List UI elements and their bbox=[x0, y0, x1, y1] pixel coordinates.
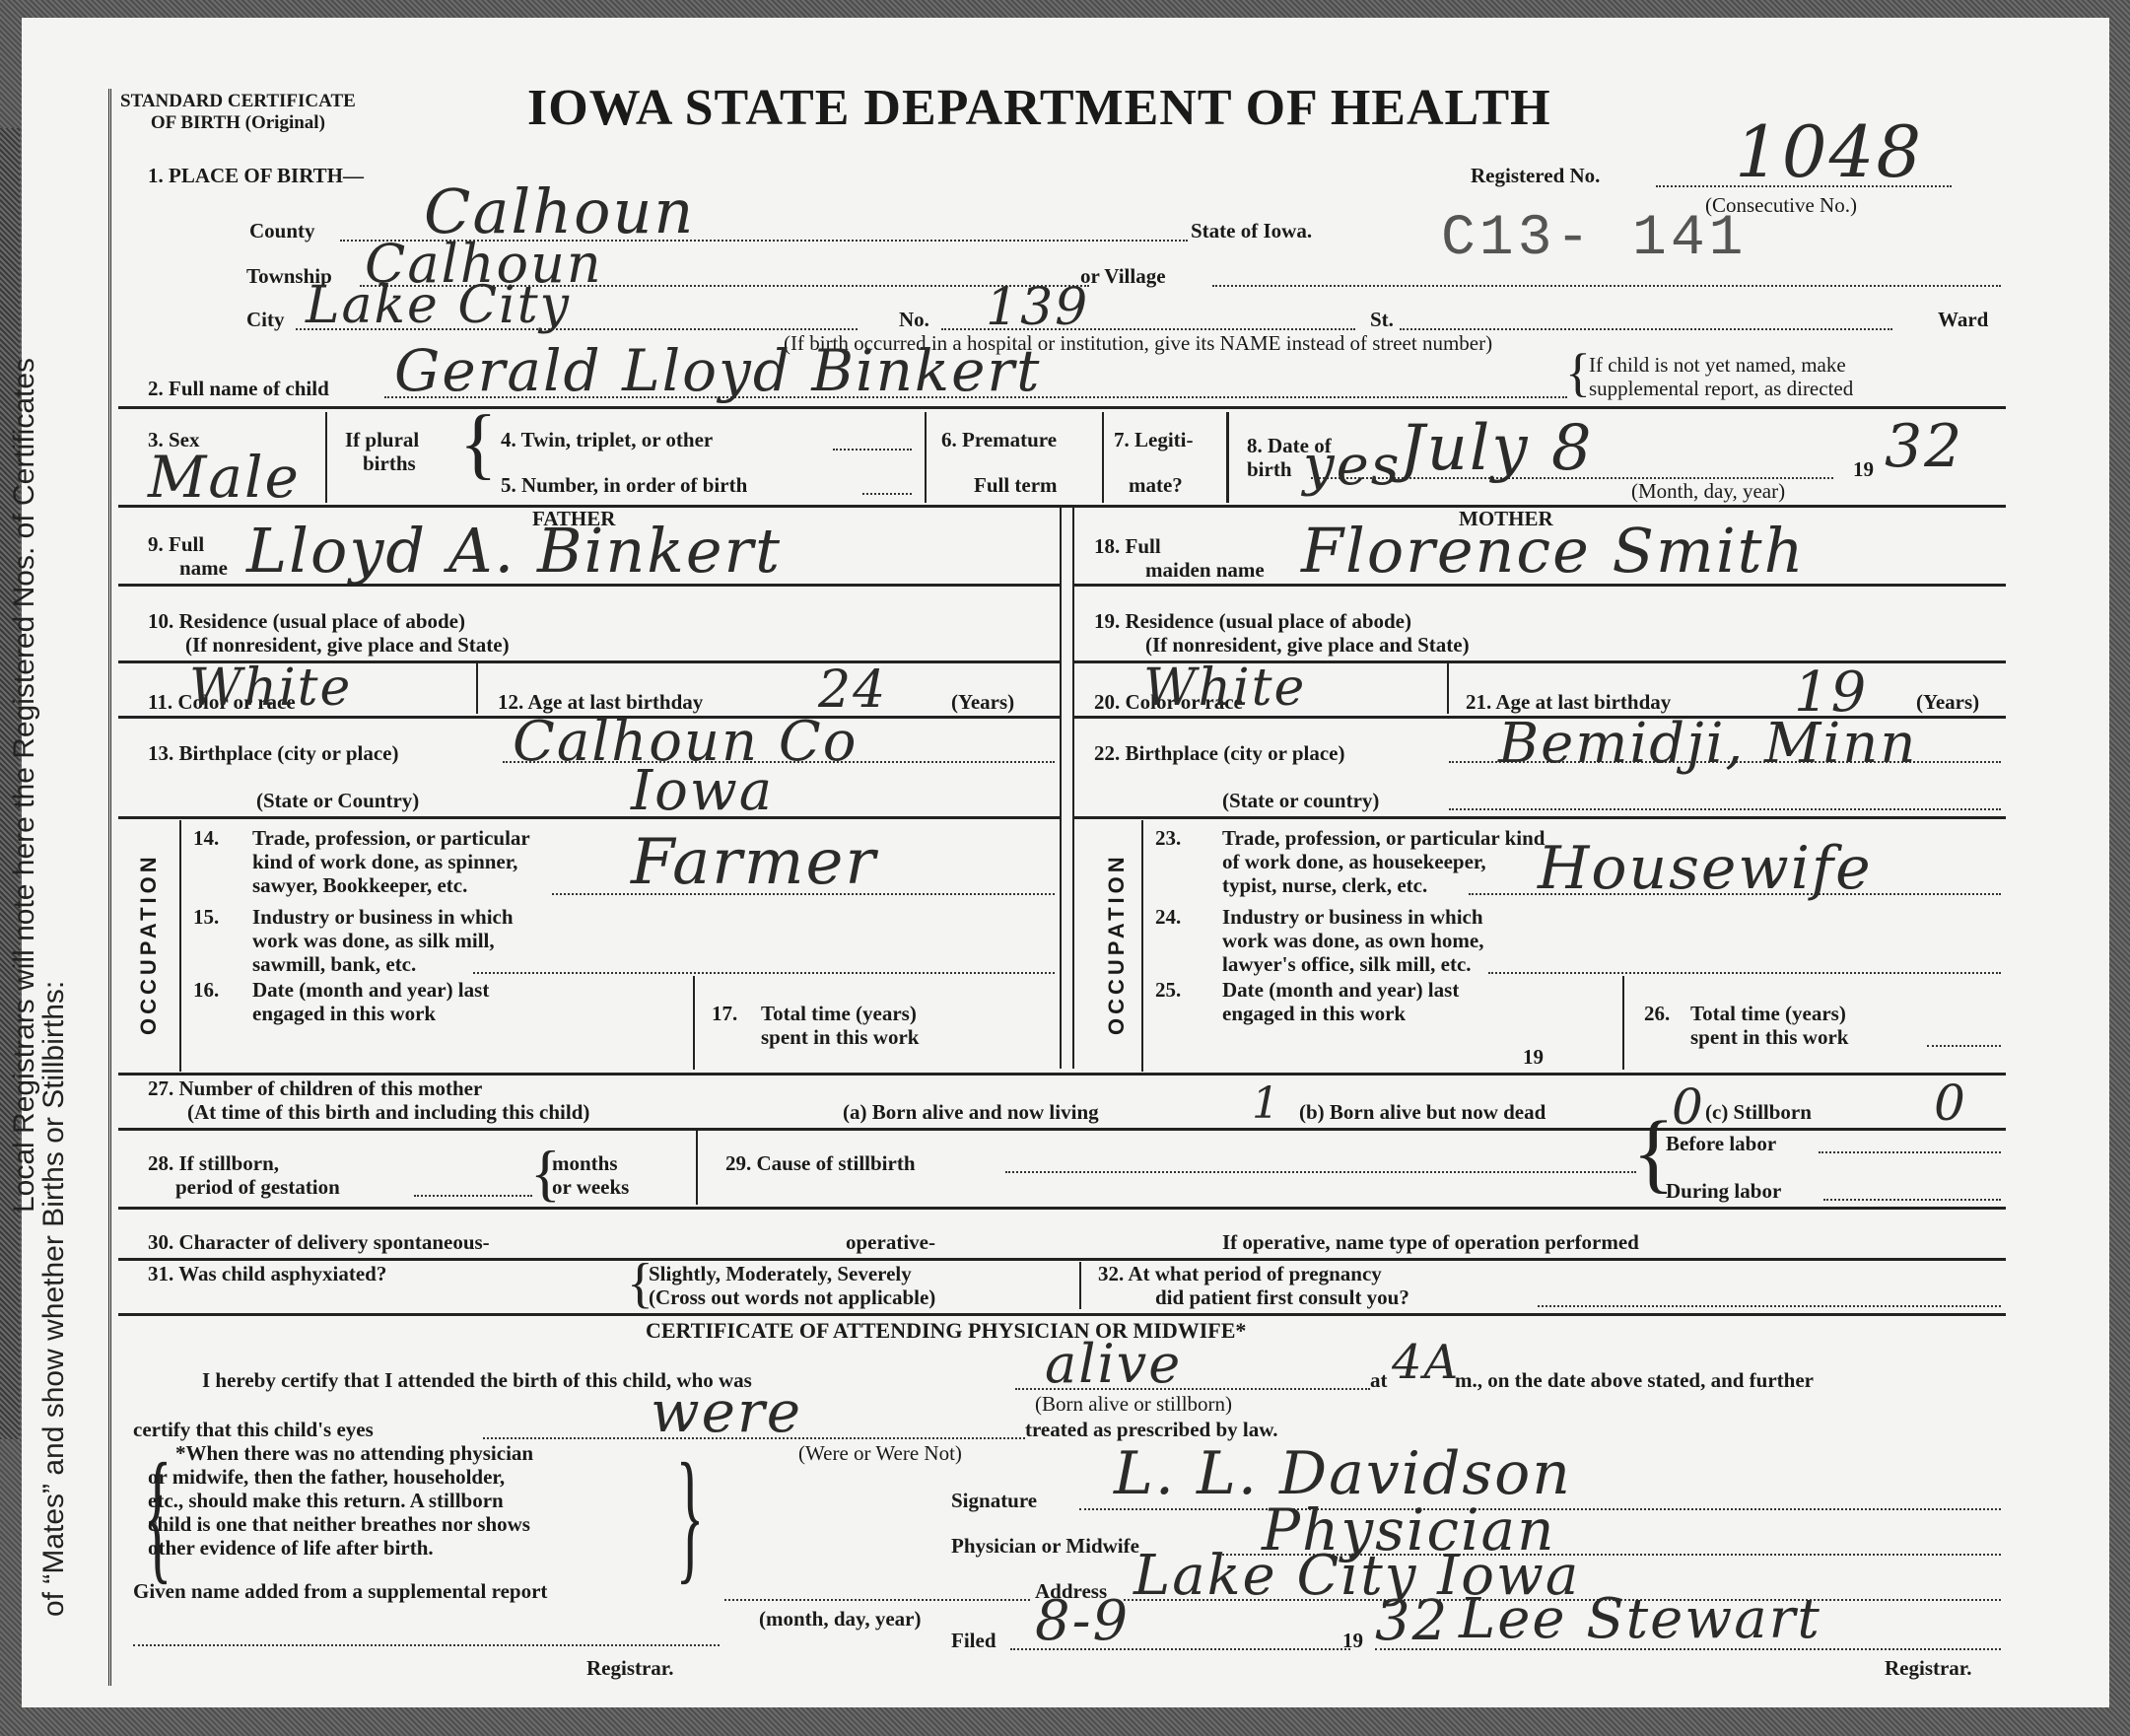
registrar-label-right: Registrar. bbox=[1885, 1656, 1971, 1680]
during-labor-line bbox=[1823, 1199, 2001, 1201]
filed-year-prefix: 19 bbox=[1342, 1629, 1363, 1652]
divider bbox=[696, 1130, 698, 1205]
mother-color-value: White bbox=[1143, 659, 1306, 718]
mother-birthplace-value: Bemidji, Minn bbox=[1498, 712, 1917, 776]
legitimate-label-1: 7. Legiti- bbox=[1114, 428, 1193, 451]
father-trade-label-2: kind of work done, as spinner, bbox=[252, 850, 517, 873]
mother-residence-label: 19. Residence (usual place of abode) bbox=[1094, 609, 1411, 633]
dob-label-1: 8. Date of bbox=[1247, 434, 1332, 457]
asphyxiated-label: 31. Was child asphyxiated? bbox=[148, 1262, 386, 1285]
filed-label: Filed bbox=[951, 1629, 996, 1652]
divider bbox=[693, 976, 695, 1070]
registered-no-label: Registered No. bbox=[1471, 164, 1600, 187]
gestation-line bbox=[414, 1195, 532, 1197]
born-status-hint: (Born alive or stillborn) bbox=[1035, 1392, 1232, 1416]
mother-total-line bbox=[1927, 1045, 2001, 1047]
margin-note: Local Registrars will note here the Regi… bbox=[10, 59, 69, 1676]
form-type: STANDARD CERTIFICATE OF BIRTH (Original) bbox=[120, 91, 356, 134]
born-alive-dead-label: (b) Born alive but now dead bbox=[1299, 1100, 1546, 1124]
margin-note-line-2: of “Mates” and show whether Births or St… bbox=[39, 59, 69, 1676]
mother-total-label-1: Total time (years) bbox=[1690, 1002, 1846, 1025]
father-total-num: 17. bbox=[712, 1002, 737, 1025]
twin-label: 4. Twin, triplet, or other bbox=[501, 428, 713, 451]
divider bbox=[118, 584, 1060, 587]
mother-industry-line bbox=[1488, 972, 2001, 974]
birth-order-label: 5. Number, in order of birth bbox=[501, 473, 747, 497]
pregnancy-period-line bbox=[1538, 1305, 2001, 1307]
registrar-left-line bbox=[133, 1644, 720, 1646]
cause-stillbirth-line bbox=[1005, 1171, 1636, 1173]
page-title: IOWA STATE DEPARTMENT OF HEALTH bbox=[527, 79, 1551, 137]
father-age-unit: (Years) bbox=[951, 690, 1014, 714]
born-alive-living-value: 1 bbox=[1252, 1078, 1281, 1129]
physician-label: Physician or Midwife bbox=[951, 1534, 1139, 1558]
divider bbox=[1074, 584, 2006, 587]
birth-order-line bbox=[862, 493, 912, 495]
father-date-num: 16. bbox=[193, 978, 219, 1002]
father-industry-num: 15. bbox=[193, 905, 219, 929]
father-occupation-heading: OCCUPATION bbox=[136, 853, 162, 1035]
column-divider bbox=[1060, 507, 1062, 1069]
mother-industry-num: 24. bbox=[1155, 905, 1181, 929]
divider bbox=[325, 412, 327, 503]
legitimate-label-2: mate? bbox=[1129, 473, 1183, 497]
footnote-line-4: child is one that neither breathes nor s… bbox=[148, 1512, 530, 1536]
divider bbox=[1447, 662, 1449, 714]
father-trade-value: Farmer bbox=[631, 826, 877, 899]
divider bbox=[1622, 976, 1624, 1070]
mother-name-label-2: maiden name bbox=[1145, 558, 1265, 582]
brace: { bbox=[1565, 343, 1591, 402]
born-status-value: alive bbox=[1045, 1333, 1182, 1395]
state-of-iowa-label: State of Iowa. bbox=[1191, 219, 1312, 243]
given-name-line bbox=[724, 1599, 1030, 1601]
divider bbox=[1079, 1262, 1081, 1309]
brace: { bbox=[459, 414, 497, 473]
father-trade-label-1: Trade, profession, or particular bbox=[252, 826, 530, 850]
stillborn-label: (c) Stillborn bbox=[1705, 1100, 1812, 1124]
city-label: City bbox=[246, 308, 285, 331]
form-type-line-2: OF BIRTH (Original) bbox=[120, 112, 356, 134]
footnote-line-1: *When there was no attending physician bbox=[148, 1441, 533, 1465]
signature-label: Signature bbox=[951, 1489, 1037, 1512]
mother-date-year-prefix: 19 bbox=[1523, 1045, 1544, 1069]
stamp-number: C13- 141 bbox=[1441, 207, 1747, 271]
premature-label: 6. Premature bbox=[941, 428, 1057, 451]
delivery-character-label: 30. Character of delivery spontaneous- bbox=[148, 1230, 490, 1254]
delivery-operative-label: operative- bbox=[846, 1230, 935, 1254]
mother-industry-label-1: Industry or business in which bbox=[1222, 905, 1483, 929]
mother-total-num: 26. bbox=[1644, 1002, 1670, 1025]
divider bbox=[1074, 816, 2006, 819]
asphyxiated-hint: (Cross out words not applicable) bbox=[649, 1285, 935, 1309]
mother-name-label-1: 18. Full bbox=[1094, 534, 1161, 558]
eyes-hint: (Were or Were Not) bbox=[798, 1441, 962, 1465]
place-of-birth-label: 1. PLACE OF BIRTH— bbox=[148, 164, 364, 187]
at-label: at bbox=[1370, 1368, 1388, 1392]
brace: { bbox=[676, 1441, 705, 1589]
children-count-label-2: (At time of this birth and including thi… bbox=[187, 1100, 589, 1124]
registrar-label-left: Registrar. bbox=[586, 1656, 673, 1680]
stillborn-value: 0 bbox=[1934, 1075, 1967, 1132]
twin-line bbox=[833, 449, 912, 451]
father-state-value: Iowa bbox=[631, 759, 774, 823]
mother-state-line bbox=[1449, 808, 2001, 810]
gestation-label-2: period of gestation bbox=[175, 1175, 340, 1199]
father-industry-label-1: Industry or business in which bbox=[252, 905, 514, 929]
registered-no-value: 1048 bbox=[1735, 110, 1923, 193]
mother-trade-value: Housewife bbox=[1538, 834, 1873, 903]
father-name-label-2: name bbox=[179, 556, 228, 580]
county-label: County bbox=[249, 219, 315, 243]
father-date-label-1: Date (month and year) last bbox=[252, 978, 489, 1002]
street-no-value: 139 bbox=[986, 278, 1089, 337]
column-divider bbox=[1072, 507, 1074, 1069]
weeks-label: or weeks bbox=[552, 1175, 629, 1199]
before-labor-label: Before labor bbox=[1666, 1132, 1776, 1155]
mother-age-label: 21. Age at last birthday bbox=[1466, 690, 1671, 714]
children-count-label-1: 27. Number of children of this mother bbox=[148, 1076, 482, 1100]
dob-hint: (Month, day, year) bbox=[1631, 479, 1785, 503]
father-trade-num: 14. bbox=[193, 826, 219, 850]
operation-type-label: If operative, name type of operation per… bbox=[1222, 1230, 1639, 1254]
left-frame-line bbox=[108, 89, 115, 1686]
divider bbox=[925, 412, 927, 503]
father-date-label-2: engaged in this work bbox=[252, 1002, 436, 1025]
divider bbox=[179, 820, 181, 1072]
birth-time-value: 4A bbox=[1392, 1335, 1460, 1390]
born-alive-living-label: (a) Born alive and now living bbox=[843, 1100, 1099, 1124]
mother-trade-label-2: of work done, as housekeeper, bbox=[1222, 850, 1486, 873]
mother-industry-label-2: work was done, as own home, bbox=[1222, 929, 1483, 952]
divider bbox=[476, 662, 478, 714]
not-named-note-2: supplemental report, as directed bbox=[1589, 377, 1853, 400]
pregnancy-period-label-1: 32. At what period of pregnancy bbox=[1098, 1262, 1382, 1285]
given-name-label: Given name added from a supplemental rep… bbox=[133, 1579, 547, 1603]
father-birthplace-label: 13. Birthplace (city or place) bbox=[148, 741, 398, 765]
ward-label: Ward bbox=[1938, 308, 1988, 331]
divider bbox=[118, 1073, 2006, 1076]
mother-trade-label-3: typist, nurse, clerk, etc. bbox=[1222, 873, 1427, 897]
father-residence-hint: (If nonresident, give place and State) bbox=[185, 633, 510, 657]
mother-date-label-1: Date (month and year) last bbox=[1222, 978, 1459, 1002]
father-state-label: (State or Country) bbox=[256, 789, 419, 812]
mother-age-unit: (Years) bbox=[1916, 690, 1979, 714]
mother-date-label-2: engaged in this work bbox=[1222, 1002, 1406, 1025]
mother-trade-num: 23. bbox=[1155, 826, 1181, 850]
dob-label-2: birth bbox=[1247, 457, 1292, 481]
father-color-value: White bbox=[189, 659, 352, 718]
mother-trade-label-1: Trade, profession, or particular kind bbox=[1222, 826, 1545, 850]
footnote-line-3: etc., should make this return. A stillbo… bbox=[148, 1489, 504, 1512]
eyes-value: were bbox=[651, 1378, 802, 1445]
plural-births-label-1: If plural bbox=[345, 428, 419, 451]
before-labor-line bbox=[1819, 1151, 2001, 1153]
divider bbox=[1141, 820, 1143, 1072]
city-value: Lake City bbox=[306, 276, 571, 335]
full-term-label: Full term bbox=[974, 473, 1058, 497]
child-name-label: 2. Full name of child bbox=[148, 377, 329, 400]
form-type-line-1: STANDARD CERTIFICATE bbox=[120, 91, 356, 112]
street-line bbox=[1400, 328, 1892, 330]
gestation-label-1: 28. If stillborn, bbox=[148, 1151, 279, 1175]
mother-birthplace-label: 22. Birthplace (city or place) bbox=[1094, 741, 1344, 765]
father-industry-label-2: work was done, as silk mill, bbox=[252, 929, 495, 952]
divider bbox=[118, 1207, 2006, 1210]
mother-industry-label-3: lawyer's office, silk mill, etc. bbox=[1222, 952, 1472, 976]
not-named-note-1: If child is not yet named, make bbox=[1589, 353, 1846, 377]
treated-label: treated as prescribed by law. bbox=[1025, 1418, 1277, 1441]
am-pm-label: m., on the date above stated, and furthe… bbox=[1455, 1368, 1814, 1392]
divider bbox=[118, 505, 2006, 508]
asphyxiated-options: Slightly, Moderately, Severely bbox=[649, 1262, 912, 1285]
father-name-value: Lloyd A. Binkert bbox=[246, 515, 782, 587]
street-label: St. bbox=[1370, 308, 1394, 331]
mother-name-value: Florence Smith bbox=[1301, 515, 1806, 587]
plural-births-label-2: births bbox=[363, 451, 416, 475]
father-residence-label: 10. Residence (usual place of abode) bbox=[148, 609, 465, 633]
divider bbox=[118, 1128, 2006, 1131]
months-label: months bbox=[552, 1151, 618, 1175]
mother-date-num: 25. bbox=[1155, 978, 1181, 1002]
village-label: or Village bbox=[1080, 264, 1166, 288]
date-hint: (month, day, year) bbox=[759, 1607, 922, 1631]
father-industry-line bbox=[473, 972, 1055, 974]
father-total-label-2: spent in this work bbox=[761, 1025, 919, 1049]
footnote-line-5: other evidence of life after birth. bbox=[148, 1536, 434, 1560]
mother-occupation-heading: OCCUPATION bbox=[1104, 853, 1130, 1035]
during-labor-label: During labor bbox=[1666, 1179, 1781, 1203]
father-name-label-1: 9. Full bbox=[148, 532, 204, 556]
dob-year-value: 32 bbox=[1885, 412, 1963, 481]
mother-residence-hint: (If nonresident, give place and State) bbox=[1145, 633, 1470, 657]
divider bbox=[118, 816, 1060, 819]
filed-year-value: 32 bbox=[1375, 1589, 1449, 1653]
dob-value: July 8 bbox=[1400, 412, 1594, 485]
mother-state-label: (State or country) bbox=[1222, 789, 1379, 812]
registrar-signature: Lee Stewart bbox=[1459, 1587, 1821, 1651]
divider bbox=[118, 1258, 2006, 1261]
divider bbox=[118, 406, 2006, 409]
divider bbox=[1226, 412, 1229, 503]
divider bbox=[118, 1313, 2006, 1316]
father-total-label-1: Total time (years) bbox=[761, 1002, 917, 1025]
footnote-line-2: or midwife, then the father, householder… bbox=[148, 1465, 505, 1489]
divider bbox=[1102, 412, 1104, 503]
sex-value: Male bbox=[148, 444, 301, 511]
street-no-label: No. bbox=[899, 308, 929, 331]
pregnancy-period-label-2: did patient first consult you? bbox=[1155, 1285, 1409, 1309]
village-line bbox=[1212, 285, 2001, 287]
dob-year-prefix: 19 bbox=[1853, 457, 1874, 481]
mother-total-label-2: spent in this work bbox=[1690, 1025, 1848, 1049]
father-trade-label-3: sawyer, Bookkeeper, etc. bbox=[252, 873, 467, 897]
footnote-text-1: *When there was no attending physician bbox=[148, 1441, 533, 1465]
child-name-value: Gerald Lloyd Binkert bbox=[394, 337, 1041, 404]
cause-stillbirth-label: 29. Cause of stillbirth bbox=[725, 1151, 916, 1175]
father-industry-label-3: sawmill, bank, etc. bbox=[252, 952, 416, 976]
filed-date-value: 8-9 bbox=[1035, 1589, 1130, 1653]
margin-note-line-1: Local Registrars will note here the Regi… bbox=[10, 59, 39, 1676]
